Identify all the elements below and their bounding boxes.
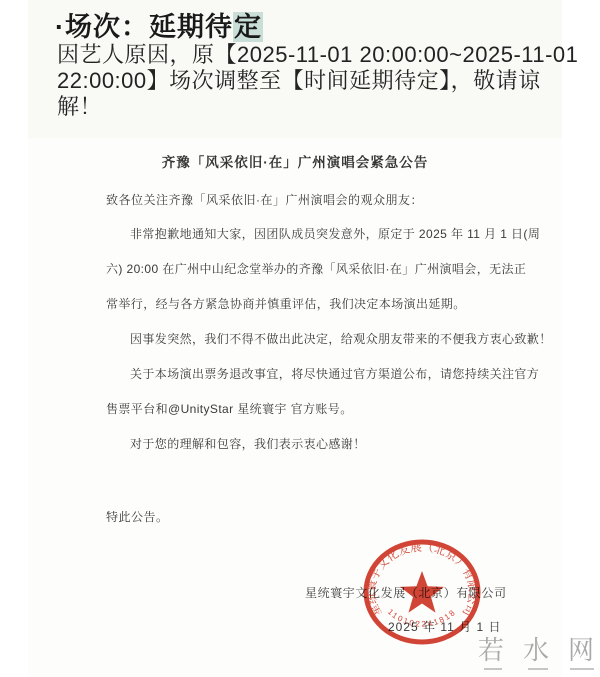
- watermark-char: 水: [523, 635, 568, 665]
- post-body-line: 22:00:00】场次调整至【时间延期待定】，敬请谅: [57, 68, 578, 94]
- body-line: 对于您的理解和包容，我们表示衷心感谢！: [106, 427, 551, 462]
- post-title-text: ·场次：延期待: [55, 12, 233, 42]
- seal-star-icon: [400, 571, 444, 613]
- post-title-highlighted-text: 定: [233, 12, 263, 42]
- seal-registration-number: 110102241818: [386, 607, 458, 628]
- watermark-caption-mark: [570, 668, 594, 670]
- body-line: 六) 20:00 在广州中山纪念堂举办的齐豫「风采依旧·在」广州演唱会，无法正: [106, 252, 551, 287]
- body-line: 因事发突然，我们不得不做出此决定，给观众朋友带来的不便我方衷心致歉！: [106, 322, 551, 357]
- watermark-char: 若: [478, 635, 523, 665]
- screenshot-canvas: ·场次：延期待定 因艺人原因，原【2025-11-01 20:00:00~202…: [0, 0, 600, 677]
- announcement-closing: 特此公告。: [106, 500, 169, 535]
- announcement-salutation: 致各位关注齐豫「风采依旧·在」广州演唱会的观众朋友：: [106, 191, 423, 208]
- post-body-paragraph: 因艺人原因，原【2025-11-01 20:00:00~2025-11-01 2…: [57, 42, 578, 120]
- body-line: 关于本场演出票务退改事宜，将尽快通过官方渠道公布，请您持续关注官方: [106, 357, 551, 392]
- watermark-caption-mark: [528, 668, 548, 670]
- body-line: 售票平台和@UnityStar 星统寰宇 官方账号。: [106, 392, 551, 427]
- body-line: 常举行，经与各方紧急协商并慎重评估，我们决定本场演出延期。: [106, 287, 551, 322]
- announcement-body: 非常抱歉地通知大家，因团队成员突发意外，原定于 2025 年 11 月 1 日(…: [106, 217, 551, 462]
- body-line: 非常抱歉地通知大家，因团队成员突发意外，原定于 2025 年 11 月 1 日(…: [106, 217, 551, 252]
- post-body-line: 因艺人原因，原【2025-11-01 20:00:00~2025-11-01: [57, 42, 578, 68]
- site-watermark: 若水网: [478, 630, 600, 667]
- announcement-title: 齐豫「风采依旧·在」广州演唱会紧急公告: [28, 151, 562, 171]
- watermark-char: 网: [568, 635, 600, 665]
- watermark-caption-mark: [484, 668, 502, 670]
- post-body-line: 解！: [57, 94, 578, 120]
- post-title: ·场次：延期待定: [55, 5, 263, 44]
- svg-text:110102241818: 110102241818: [386, 607, 458, 628]
- company-seal-stamp-icon: 星统寰宇文化发展（北京）有限公司 110102241818: [357, 534, 489, 658]
